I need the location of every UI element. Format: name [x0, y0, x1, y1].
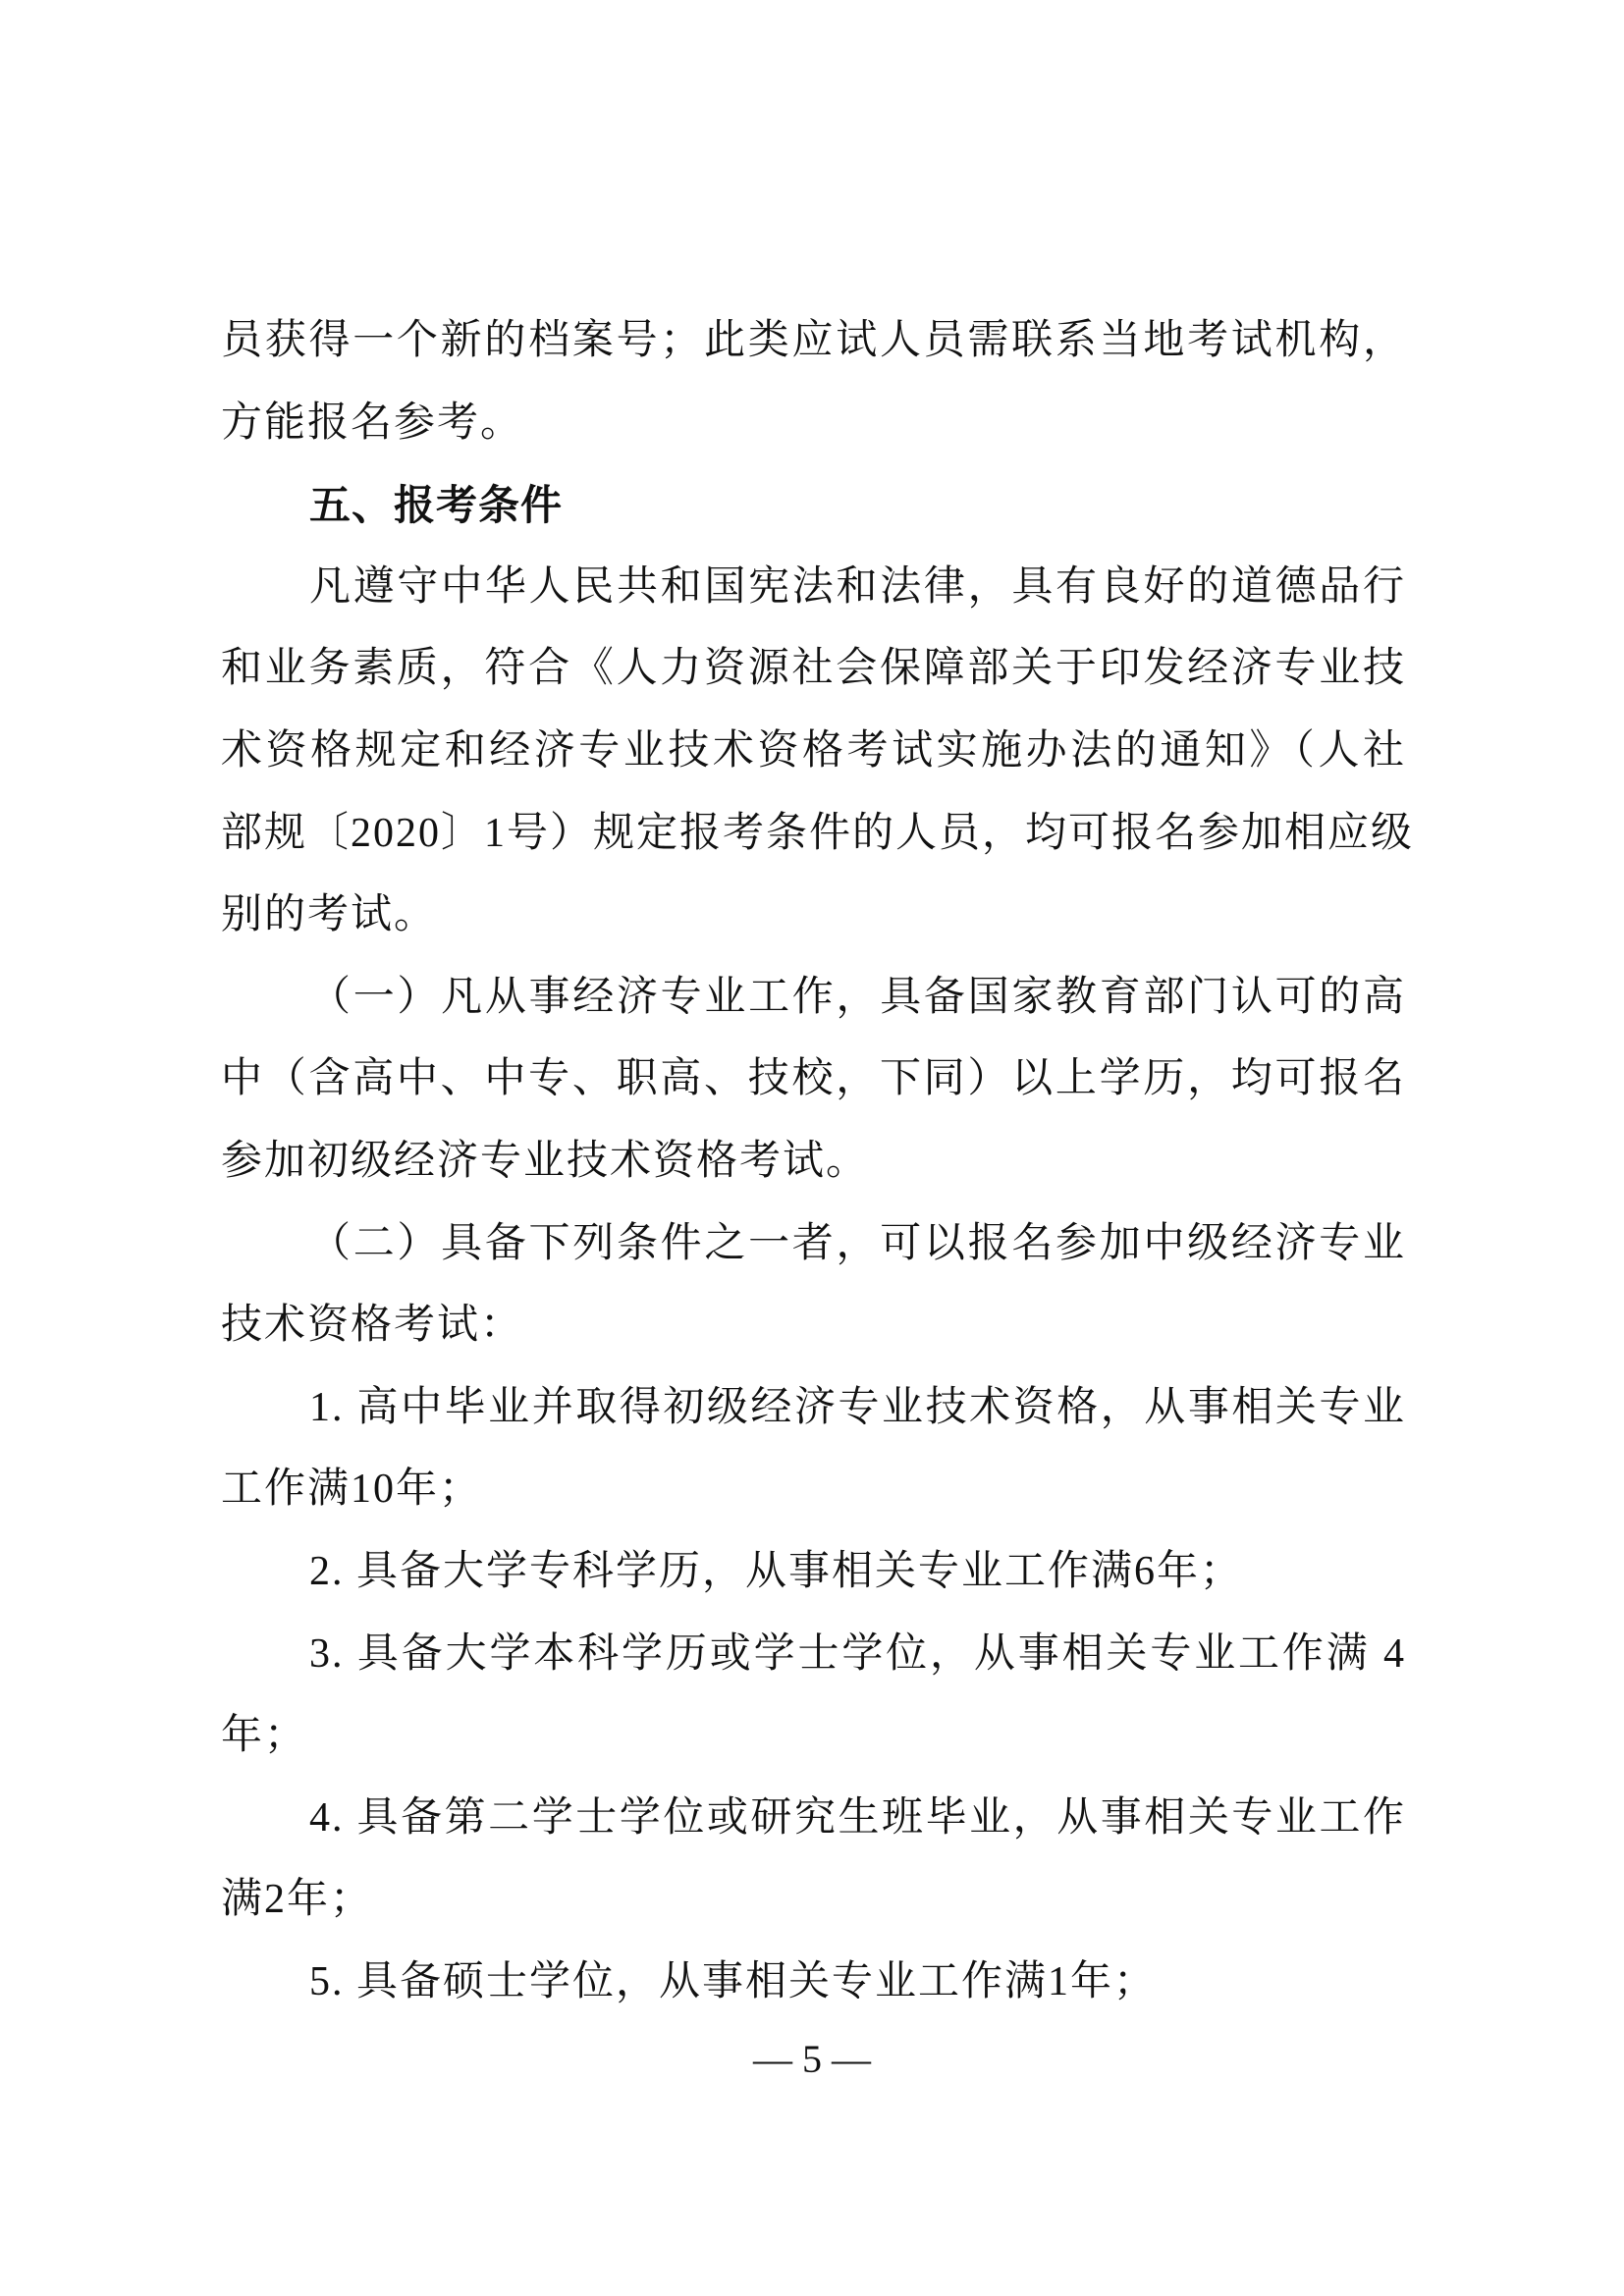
document-page: 员获得一个新的档案号；此类应试人员需联系当地考试机构， 方能报名参考。 五、报考… — [0, 0, 1624, 2296]
text-line: 部规〔2020〕1号）规定报考条件的人员，均可报名参加相应级 — [221, 793, 1406, 876]
text-line: 工作满10年； — [221, 1449, 1406, 1531]
text-line: 满2年； — [221, 1859, 1406, 1942]
list-item-2: 2. 具备大学专科学历，从事相关专业工作满6年； — [221, 1531, 1406, 1614]
text-line: 参加初级经济专业技术资格考试。 — [221, 1121, 1406, 1203]
text-line: 和业务素质，符合《人力资源社会保障部关于印发经济专业技 — [221, 628, 1406, 711]
section-heading: 五、报考条件 — [221, 464, 1406, 547]
text-line: 中（含高中、中专、职高、技校，下同）以上学历，均可报名 — [221, 1039, 1406, 1121]
page-number: — 5 — — [0, 2032, 1624, 2087]
list-item-5: 5. 具备硕士学位，从事相关专业工作满1年； — [221, 1942, 1406, 2024]
list-item-3: 3. 具备大学本科学历或学士学位，从事相关专业工作满 4 — [221, 1614, 1406, 1696]
paragraph-first-line: （二）具备下列条件之一者，可以报名参加中级经济专业 — [221, 1203, 1406, 1286]
text-line: 别的考试。 — [221, 875, 1406, 957]
text-line: 方能报名参考。 — [221, 383, 1406, 465]
paragraph-first-line: （一）凡从事经济专业工作，具备国家教育部门认可的高 — [221, 957, 1406, 1040]
list-item-4: 4. 具备第二学士学位或研究生班毕业，从事相关专业工作 — [221, 1778, 1406, 1860]
body-text: 员获得一个新的档案号；此类应试人员需联系当地考试机构， 方能报名参考。 五、报考… — [221, 300, 1406, 2023]
text-line: 员获得一个新的档案号；此类应试人员需联系当地考试机构， — [221, 300, 1406, 383]
text-line: 术资格规定和经济专业技术资格考试实施办法的通知》（人社 — [221, 711, 1406, 793]
text-line: 技术资格考试： — [221, 1285, 1406, 1367]
text-line: 年； — [221, 1695, 1406, 1778]
paragraph-first-line: 凡遵守中华人民共和国宪法和法律，具有良好的道德品行 — [221, 547, 1406, 629]
list-item-1: 1. 高中毕业并取得初级经济专业技术资格，从事相关专业 — [221, 1367, 1406, 1450]
